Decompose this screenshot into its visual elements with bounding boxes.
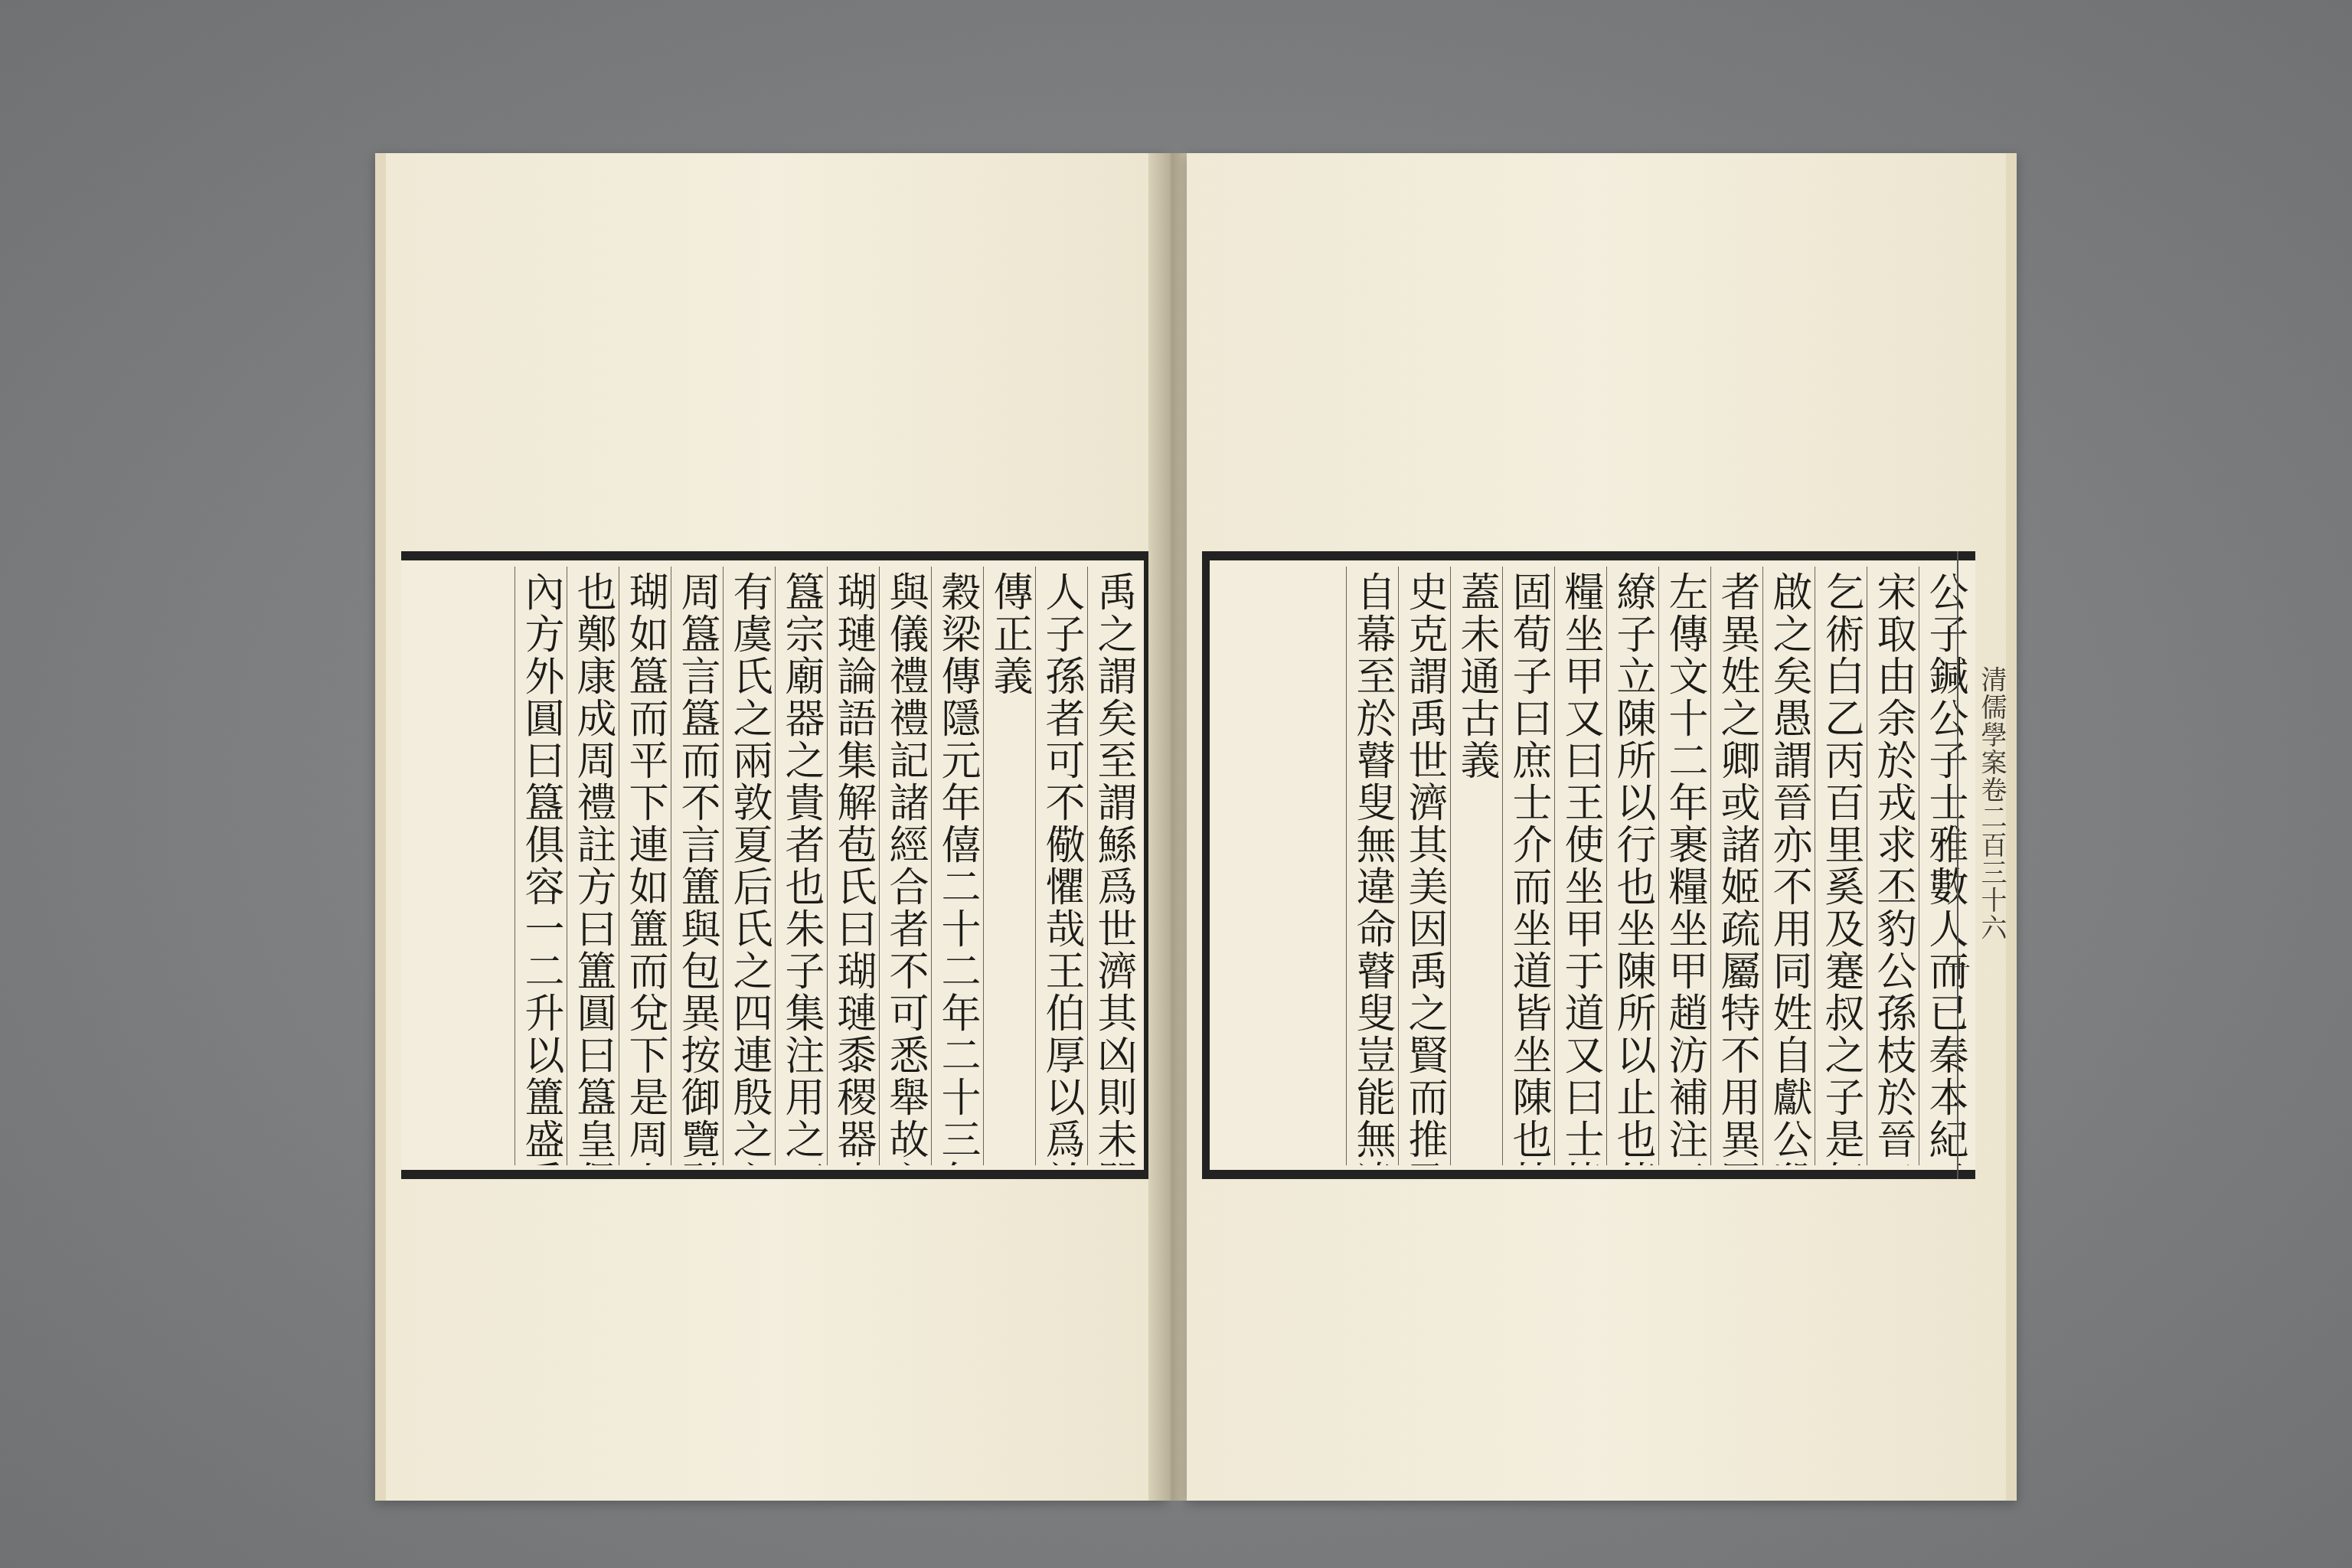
right-margin-title: 清儒學案卷二百三十六 — [1976, 666, 2007, 942]
right-text-frame: 公子鍼公子士雅數人而已秦本紀云求百里於楚迎蹇叔於 宋取由余於戎求丕豹公孫枝於晉又… — [1202, 551, 1975, 1179]
text-column: 瑚璉論語集解苞氏曰瑚璉黍稷器也夏曰瑚商曰連周曰簠 — [827, 567, 879, 1165]
text-column: 繚子立陳所以行也坐陳所以止也傳曰楚人坐于北門又裹 — [1606, 567, 1658, 1165]
text-column: 蓋未通古義 — [1450, 567, 1502, 1165]
right-page-number: 十 — [1939, 957, 1973, 1179]
text-column: 穀梁傳隱元年僖二十二年二十三年傳皆引論語傳中所載 — [931, 567, 983, 1165]
text-column: 周簋言簋而不言簠與包異按御覽引叔孫通漢禮器制度云 — [671, 567, 723, 1165]
open-book: 書經集傳卷二百三十 兼坊 禹之謂矣至謂鯀爲世濟其凶則未聞鯀祖父爲凶人然則爲 人子… — [360, 153, 2006, 1501]
text-column: 瑚如簋而平下連如簠而兌下是周人兼法二代而制爲簠簋 — [619, 567, 671, 1165]
text-column: 與儀禮禮記諸經合者不可悉舉故六藝論云穀梁善於經 — [879, 567, 931, 1165]
text-column: 傳正義 — [983, 567, 1035, 1165]
text-column: 者異姓之卿或諸姬疏屬特不用異國人耳 — [1710, 567, 1762, 1165]
text-column: 固荀子曰庶士介而坐道皆坐陳也杜于桓十年傳訓坐爲守 — [1502, 567, 1554, 1165]
left-text-frame: 禹之謂矣至謂鯀爲世濟其凶則未聞鯀祖父爲凶人然則爲 人子孫者可不儆懼哉王伯厚以爲於… — [401, 551, 1151, 1179]
left-page: 書經集傳卷二百三十 兼坊 禹之謂矣至謂鯀爲世濟其凶則未聞鯀祖父爲凶人然則爲 人子… — [375, 153, 1167, 1501]
text-column: 乞術白乙丙百里奚及蹇叔之子是好用異國之人實自穆公 — [1815, 567, 1867, 1165]
text-column: 啟之矣愚謂晉亦不用同姓自獻公殺諸公子以後執政主軍 — [1762, 567, 1815, 1165]
text-column: 內方外圓曰簋俱容一二升以簠盛黍稷以簋盛稻粱今云皆 — [514, 567, 567, 1165]
text-column: 糧坐甲又曰王使坐甲于道又曰士皆坐列司馬法曰徒以坐 — [1554, 567, 1606, 1165]
text-column: 宋取由余於戎求丕豹公孫枝於晉又有內史廖會孟明視西 — [1867, 567, 1919, 1165]
text-column: 史克謂禹世濟其美因禹之賢而推及其祖父也猶之史趙言 — [1398, 567, 1450, 1165]
text-column: 簋宗廟器之貴者也朱子集注用之而明堂位說四代之器云 — [775, 567, 827, 1165]
text-column: 自幕至於瞽叟無違命瞽叟豈能無違命哉易曰幹父之蠱舜 — [1346, 567, 1398, 1165]
text-column: 禹之謂矣至謂鯀爲世濟其凶則未聞鯀祖父爲凶人然則爲 — [1087, 567, 1139, 1165]
right-page: 公子鍼公子士雅數人而已秦本紀云求百里於楚迎蹇叔於 宋取由余於戎求丕豹公孫枝於晉又… — [1187, 153, 2017, 1501]
text-column: 有虞氏之兩敦夏后氏之四連殷之六瑚周之八簋夏連殷瑚 — [723, 567, 775, 1165]
text-column: 左傳文十二年裹糧坐甲趙汸補注云兵法有立陳坐陳見尉 — [1658, 567, 1710, 1165]
right-page-margin: 清儒學案卷二百三十六 十 — [1957, 551, 2011, 1179]
text-column: 人子孫者可不儆懼哉王伯厚以爲於此見立言之難蓋本左 — [1035, 567, 1087, 1165]
text-column: 也鄭康成周禮註方曰簠圓曰簋皇侃義疏云外方內圓曰簠 — [567, 567, 619, 1165]
